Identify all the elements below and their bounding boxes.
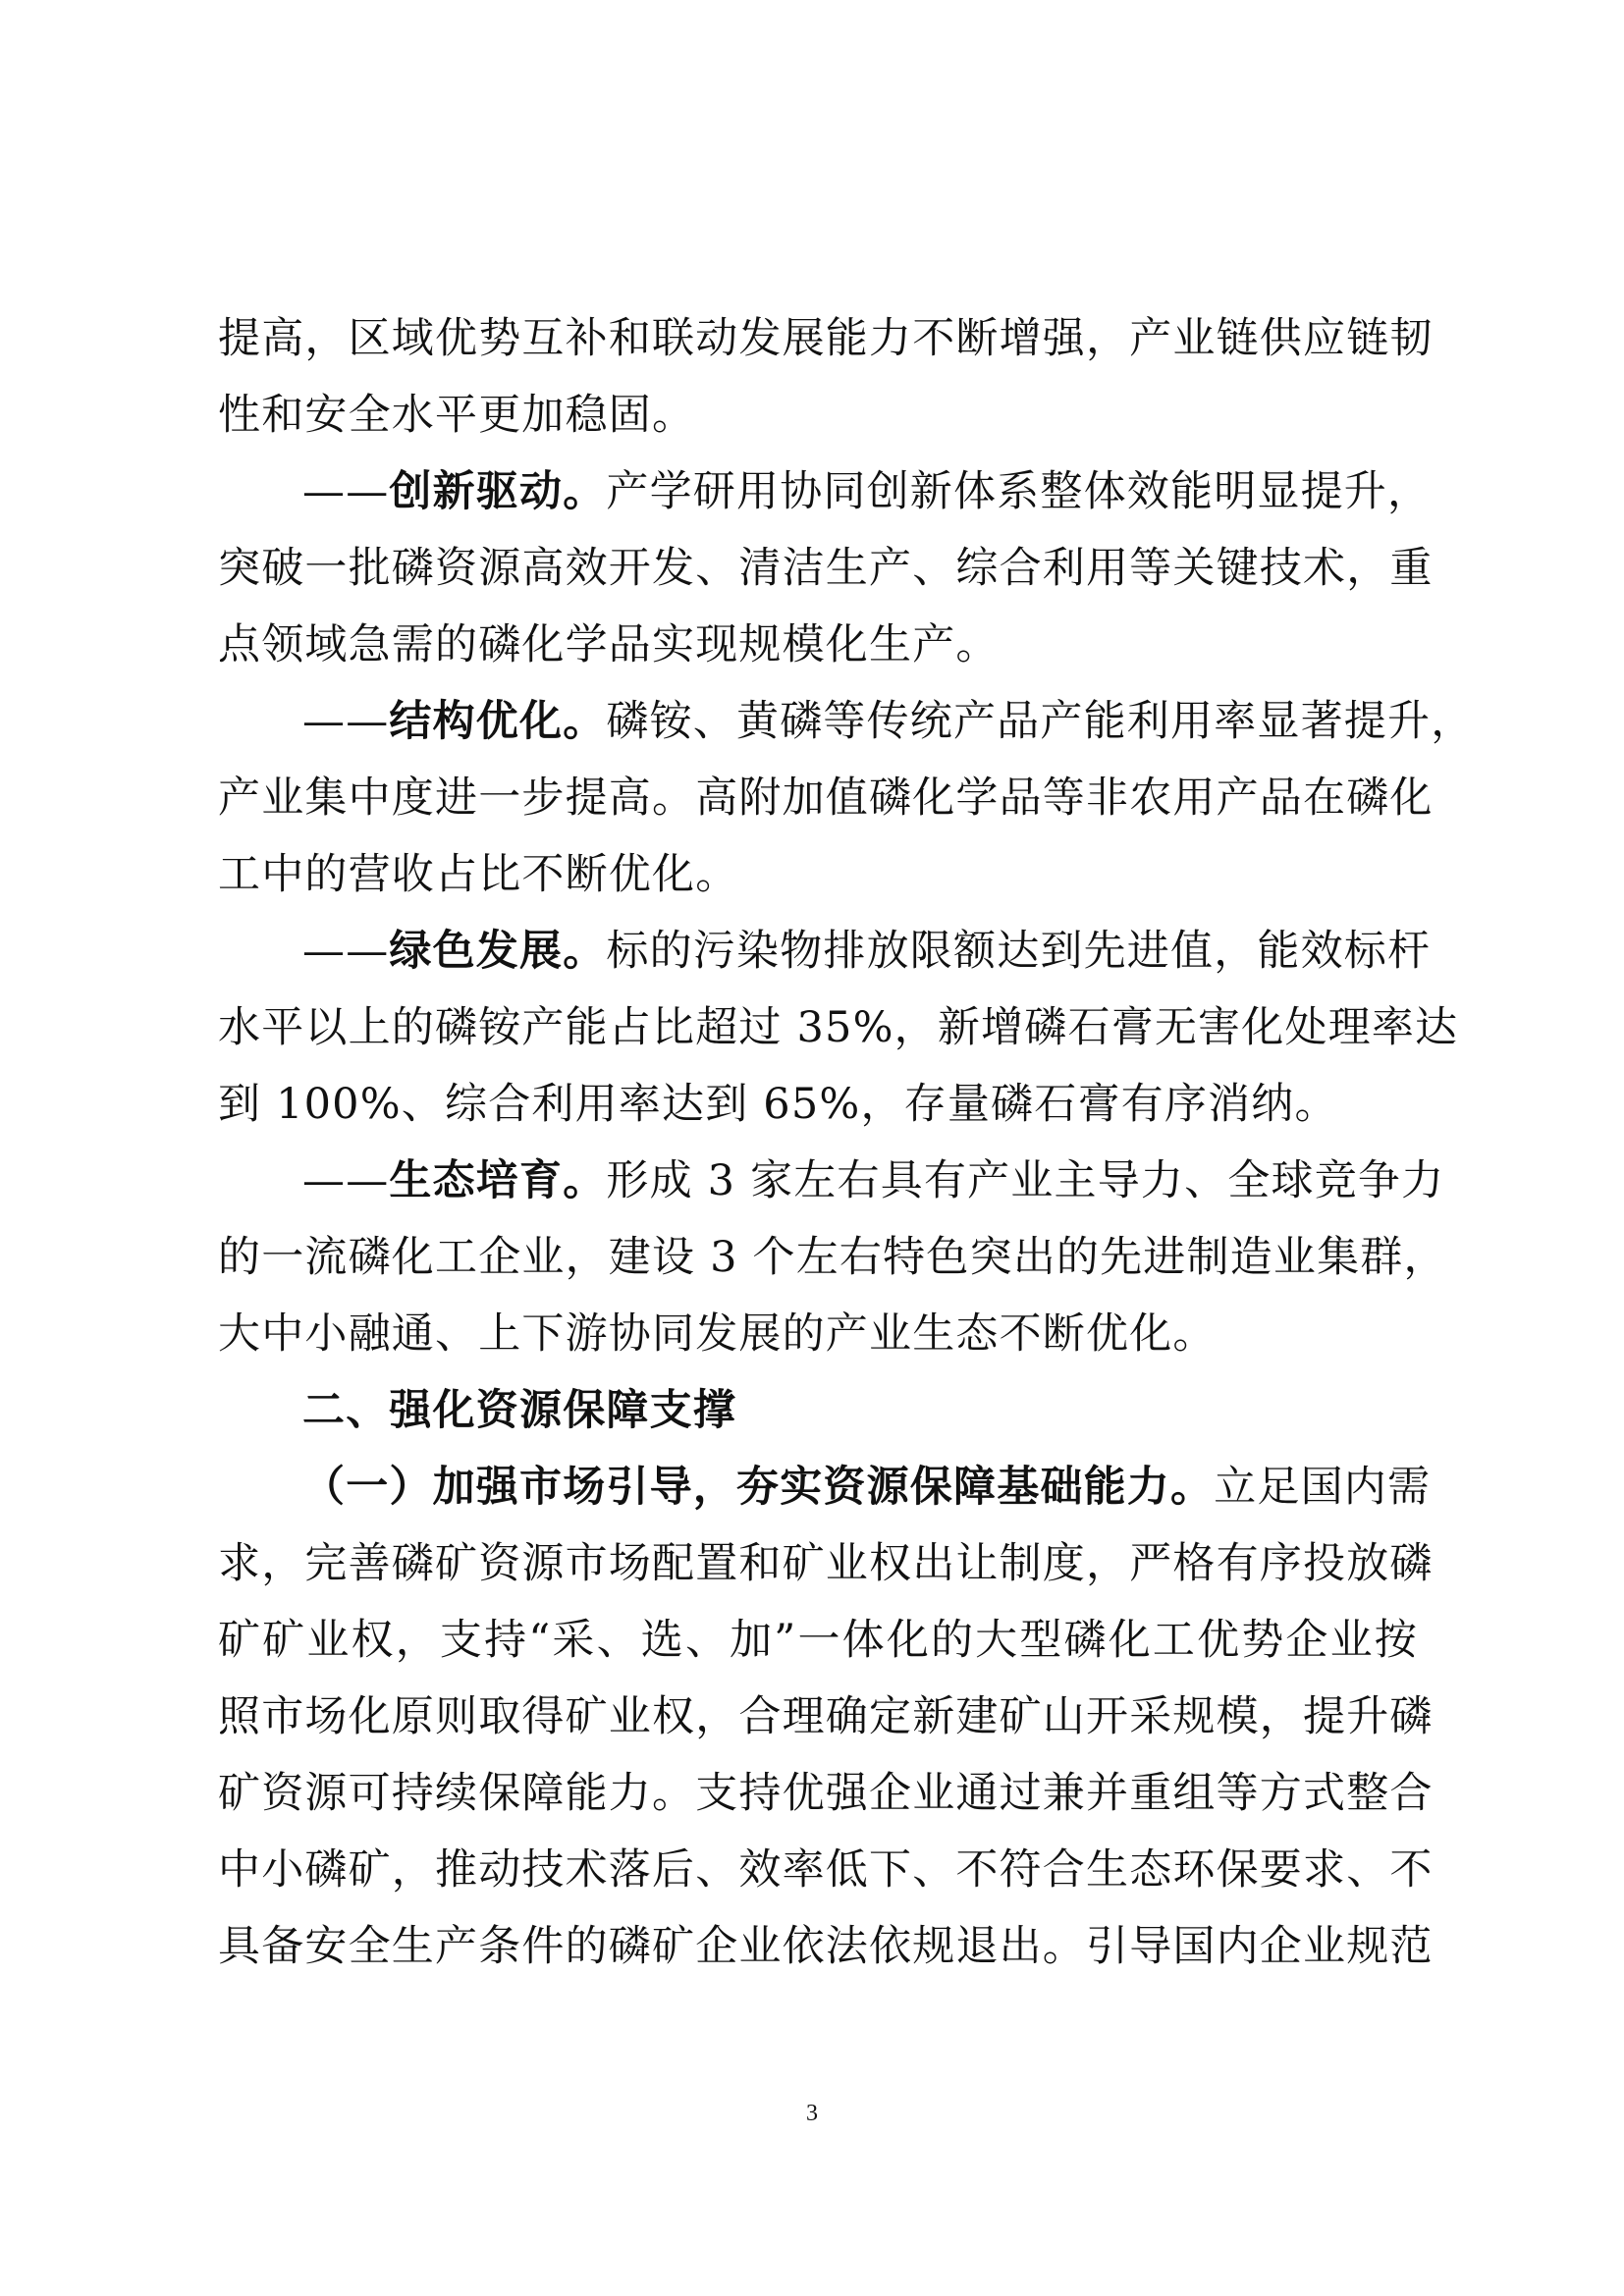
text-line: 矿矿业权，支持“采、选、加”一体化的大型磷化工优势企业按 bbox=[218, 1602, 1418, 1679]
goal-text: 磷铵、黄磷等传统产品产能利用率显著提升， bbox=[606, 697, 1474, 746]
section-heading: 二、强化资源保障支撑 bbox=[218, 1372, 1418, 1449]
dash: —— bbox=[302, 1156, 389, 1205]
page-number: 3 bbox=[0, 2101, 1624, 2127]
goal-title: 生态培育。 bbox=[389, 1156, 606, 1205]
goal-title: 绿色发展。 bbox=[389, 927, 606, 976]
subsection-first-line: （一）加强市场引导，夯实资源保障基础能力。立足国内需 bbox=[218, 1449, 1418, 1525]
text-line: 照市场化原则取得矿业权，合理确定新建矿山开采规模，提升磷 bbox=[218, 1679, 1418, 1755]
text-line: 的一流磷化工企业，建设 3 个左右特色突出的先进制造业集群， bbox=[218, 1219, 1418, 1296]
goal-green-first-line: ——绿色发展。标的污染物排放限额达到先进值，能效标杆 bbox=[218, 913, 1418, 989]
text-line: 中小磷矿，推动技术落后、效率低下、不符合生态环保要求、不 bbox=[218, 1832, 1418, 1908]
goal-title: 创新驱动。 bbox=[389, 467, 606, 516]
goal-text: 标的污染物排放限额达到先进值，能效标杆 bbox=[606, 927, 1431, 976]
text-line: 突破一批磷资源高效开发、清洁生产、综合利用等关键技术，重 bbox=[218, 530, 1418, 607]
text-line: 产业集中度进一步提高。高附加值磷化学品等非农用产品在磷化 bbox=[218, 760, 1418, 836]
subsection-title: （一）加强市场引导，夯实资源保障基础能力。 bbox=[302, 1463, 1214, 1512]
goal-text: 产学研用协同创新体系整体效能明显提升， bbox=[606, 467, 1431, 516]
text-line: 矿资源可持续保障能力。支持优强企业通过兼并重组等方式整合 bbox=[218, 1755, 1418, 1832]
dash: —— bbox=[302, 927, 389, 976]
text-line: 性和安全水平更加稳固。 bbox=[218, 377, 1418, 454]
text-line: 求，完善磷矿资源市场配置和矿业权出让制度，严格有序投放磷 bbox=[218, 1525, 1418, 1602]
document-body: 提高，区域优势互补和联动发展能力不断增强，产业链供应链韧 性和安全水平更加稳固。… bbox=[218, 300, 1418, 1985]
dash: —— bbox=[302, 697, 389, 746]
text-line: 工中的营收占比不断优化。 bbox=[218, 836, 1418, 913]
goal-title: 结构优化。 bbox=[389, 697, 606, 746]
goal-structure-first-line: ——结构优化。磷铵、黄磷等传统产品产能利用率显著提升， bbox=[218, 683, 1418, 760]
text-line: 大中小融通、上下游协同发展的产业生态不断优化。 bbox=[218, 1296, 1418, 1372]
goal-innovation-first-line: ——创新驱动。产学研用协同创新体系整体效能明显提升， bbox=[218, 454, 1418, 530]
text-line: 到 100%、综合利用率达到 65%，存量磷石膏有序消纳。 bbox=[218, 1066, 1418, 1143]
goal-ecosystem-first-line: ——生态培育。形成 3 家左右具有产业主导力、全球竞争力 bbox=[218, 1143, 1418, 1219]
text-line: 具备安全生产条件的磷矿企业依法依规退出。引导国内企业规范 bbox=[218, 1908, 1418, 1985]
dash: —— bbox=[302, 467, 389, 516]
text-line: 点领域急需的磷化学品实现规模化生产。 bbox=[218, 607, 1418, 683]
text-line: 提高，区域优势互补和联动发展能力不断增强，产业链供应链韧 bbox=[218, 300, 1418, 377]
text-line: 水平以上的磷铵产能占比超过 35%，新增磷石膏无害化处理率达 bbox=[218, 989, 1418, 1066]
goal-text: 形成 3 家左右具有产业主导力、全球竞争力 bbox=[606, 1156, 1444, 1205]
subsection-text: 立足国内需 bbox=[1214, 1463, 1431, 1512]
